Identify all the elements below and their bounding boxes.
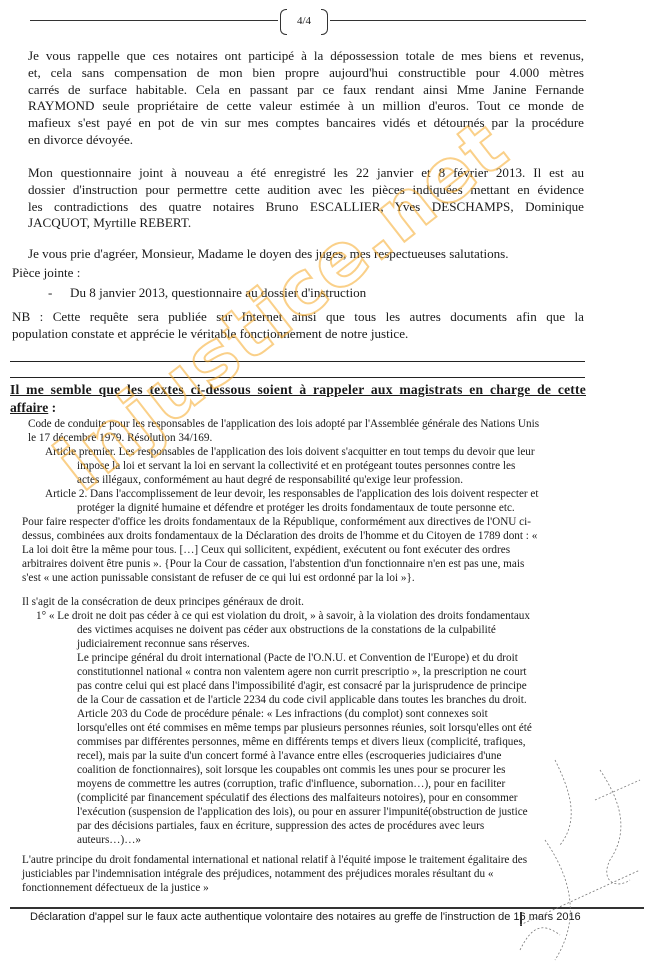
paragraph-nb: NB : Cette requête sera publiée sur Inte…: [12, 309, 584, 343]
respect-line: arbitraires doivent être punis ». {Pour …: [22, 557, 524, 572]
principle1-line: lorsqu'elles ont été commises en même te…: [77, 721, 532, 736]
principle1-line: coalition de fonctionnaires), soit lorsq…: [77, 763, 505, 778]
respect-line: Pour faire respecter d'office les droits…: [22, 515, 531, 530]
attachment-label: Pièce jointe :: [12, 265, 212, 282]
footer-text: Déclaration d'appel sur le faux acte aut…: [30, 910, 581, 924]
respect-line: La loi doit être la même pour tous. […] …: [22, 543, 510, 558]
page-number: 4/4: [278, 7, 330, 35]
code-intro-line: Code de conduite pour les responsables d…: [28, 417, 539, 432]
text-line: NB : Cette requête sera publiée sur Inte…: [12, 309, 584, 326]
section-title-line: Il me semble que les textes ci-dessous s…: [10, 381, 586, 399]
principle1-line: commises par différentes personnes, même…: [77, 735, 526, 750]
article2-line: protéger la dignité humaine et défendre …: [77, 501, 515, 516]
principles-intro: Il s'agit de la consécration de deux pri…: [22, 595, 304, 610]
text-line: RAYMOND seule propriétaire de cette vale…: [28, 98, 584, 115]
text-line: carrés de surface habitable. Cela en pas…: [28, 82, 584, 99]
article2-line: Article 2. Dans l'accomplissement de leu…: [45, 487, 539, 502]
header-rule-right: [330, 20, 586, 21]
text-line: mafieux s'est payé en pot de vin sur mes…: [28, 115, 584, 132]
principle1-line: l'exécution (suspension de l'application…: [77, 805, 528, 820]
code-intro-line: le 17 décembre 1979. Résolution 34/169.: [28, 431, 212, 446]
paragraph-questionnaire: Mon questionnaire joint à nouveau a été …: [28, 165, 584, 232]
paragraph-dispossession: Je vous rappelle que ces notaires ont pa…: [28, 48, 584, 149]
principle1-line: Article 203 du Code de procédure pénale:…: [77, 707, 488, 722]
text-line: Je vous rappelle que ces notaires ont pa…: [28, 48, 584, 65]
text-line: en divorce dévoyée.: [28, 132, 584, 149]
article1-line: actes illégaux, conformément au haut deg…: [77, 473, 463, 488]
section-title-underlined: affaire: [10, 400, 48, 415]
paragraph-salutation: Je vous prie d'agréer, Monsieur, Madame …: [28, 246, 584, 263]
text-line: JACQUOT, Myrtille REBERT.: [28, 215, 584, 232]
principle2-line: justiciables par l'indemnisation intégra…: [22, 867, 493, 882]
section-title-suffix: :: [48, 400, 56, 415]
principle1-line: moyens de commettre les autres (corrupti…: [77, 777, 505, 792]
attachment-bullet: -: [48, 285, 52, 302]
principle1-line: auteurs…)…»: [77, 833, 141, 848]
principle1-line: judiciairement reconnue sans réserves.: [77, 637, 250, 652]
principle1-line: recel), mais par la suite d'un concert f…: [77, 749, 501, 764]
text-line: population constate et apprécie le vérit…: [12, 326, 584, 343]
principle1-line: 1° « Le droit ne doit pas céder à ce qui…: [36, 609, 530, 624]
separator-rule: [10, 377, 585, 378]
attachment-item: Du 8 janvier 2013, questionnaire au doss…: [70, 285, 470, 302]
text-line: les contradictions des quatre notaires B…: [28, 199, 584, 216]
principle1-line: des victimes acquises ne doivent pas céd…: [77, 623, 496, 638]
principle1-line: pas contre celui qui est placé dans l'im…: [77, 679, 527, 694]
principle2-line: fonctionnement défectueux de la justice …: [22, 881, 209, 896]
text-line: Je vous prie d'agréer, Monsieur, Madame …: [28, 246, 584, 263]
footer-bar: [520, 912, 522, 926]
footer-rule: [10, 907, 644, 909]
text-line: et, cela sans compensation de mon bien p…: [28, 65, 584, 82]
section-title: Il me semble que les textes ci-dessous s…: [10, 381, 586, 417]
separator-rule: [10, 361, 585, 362]
header-rule-left: [30, 20, 278, 21]
respect-line: dessus, combinées aux droits fondamentau…: [22, 529, 537, 544]
article1-line: impose la loi et servant la loi en serva…: [77, 459, 515, 474]
article1-line: Article premier. Les responsables de l'a…: [45, 445, 535, 460]
principle1-line: constitutionnel national « contra non va…: [77, 665, 527, 680]
principle2-line: L'autre principe du droit fondamental in…: [22, 853, 527, 868]
text-line: dossier d'instruction pour permettre cet…: [28, 182, 584, 199]
principle1-line: de la Cour de cassation et de l'article …: [77, 693, 527, 708]
principle1-line: par des décisions partiales, faux en écr…: [77, 819, 484, 834]
respect-line: s'est « une action punissable consistant…: [22, 571, 415, 586]
principle1-line: Le principe général du droit internation…: [77, 651, 518, 666]
principle1-line: (complicité par financement spéculatif d…: [77, 791, 518, 806]
text-line: Mon questionnaire joint à nouveau a été …: [28, 165, 584, 182]
